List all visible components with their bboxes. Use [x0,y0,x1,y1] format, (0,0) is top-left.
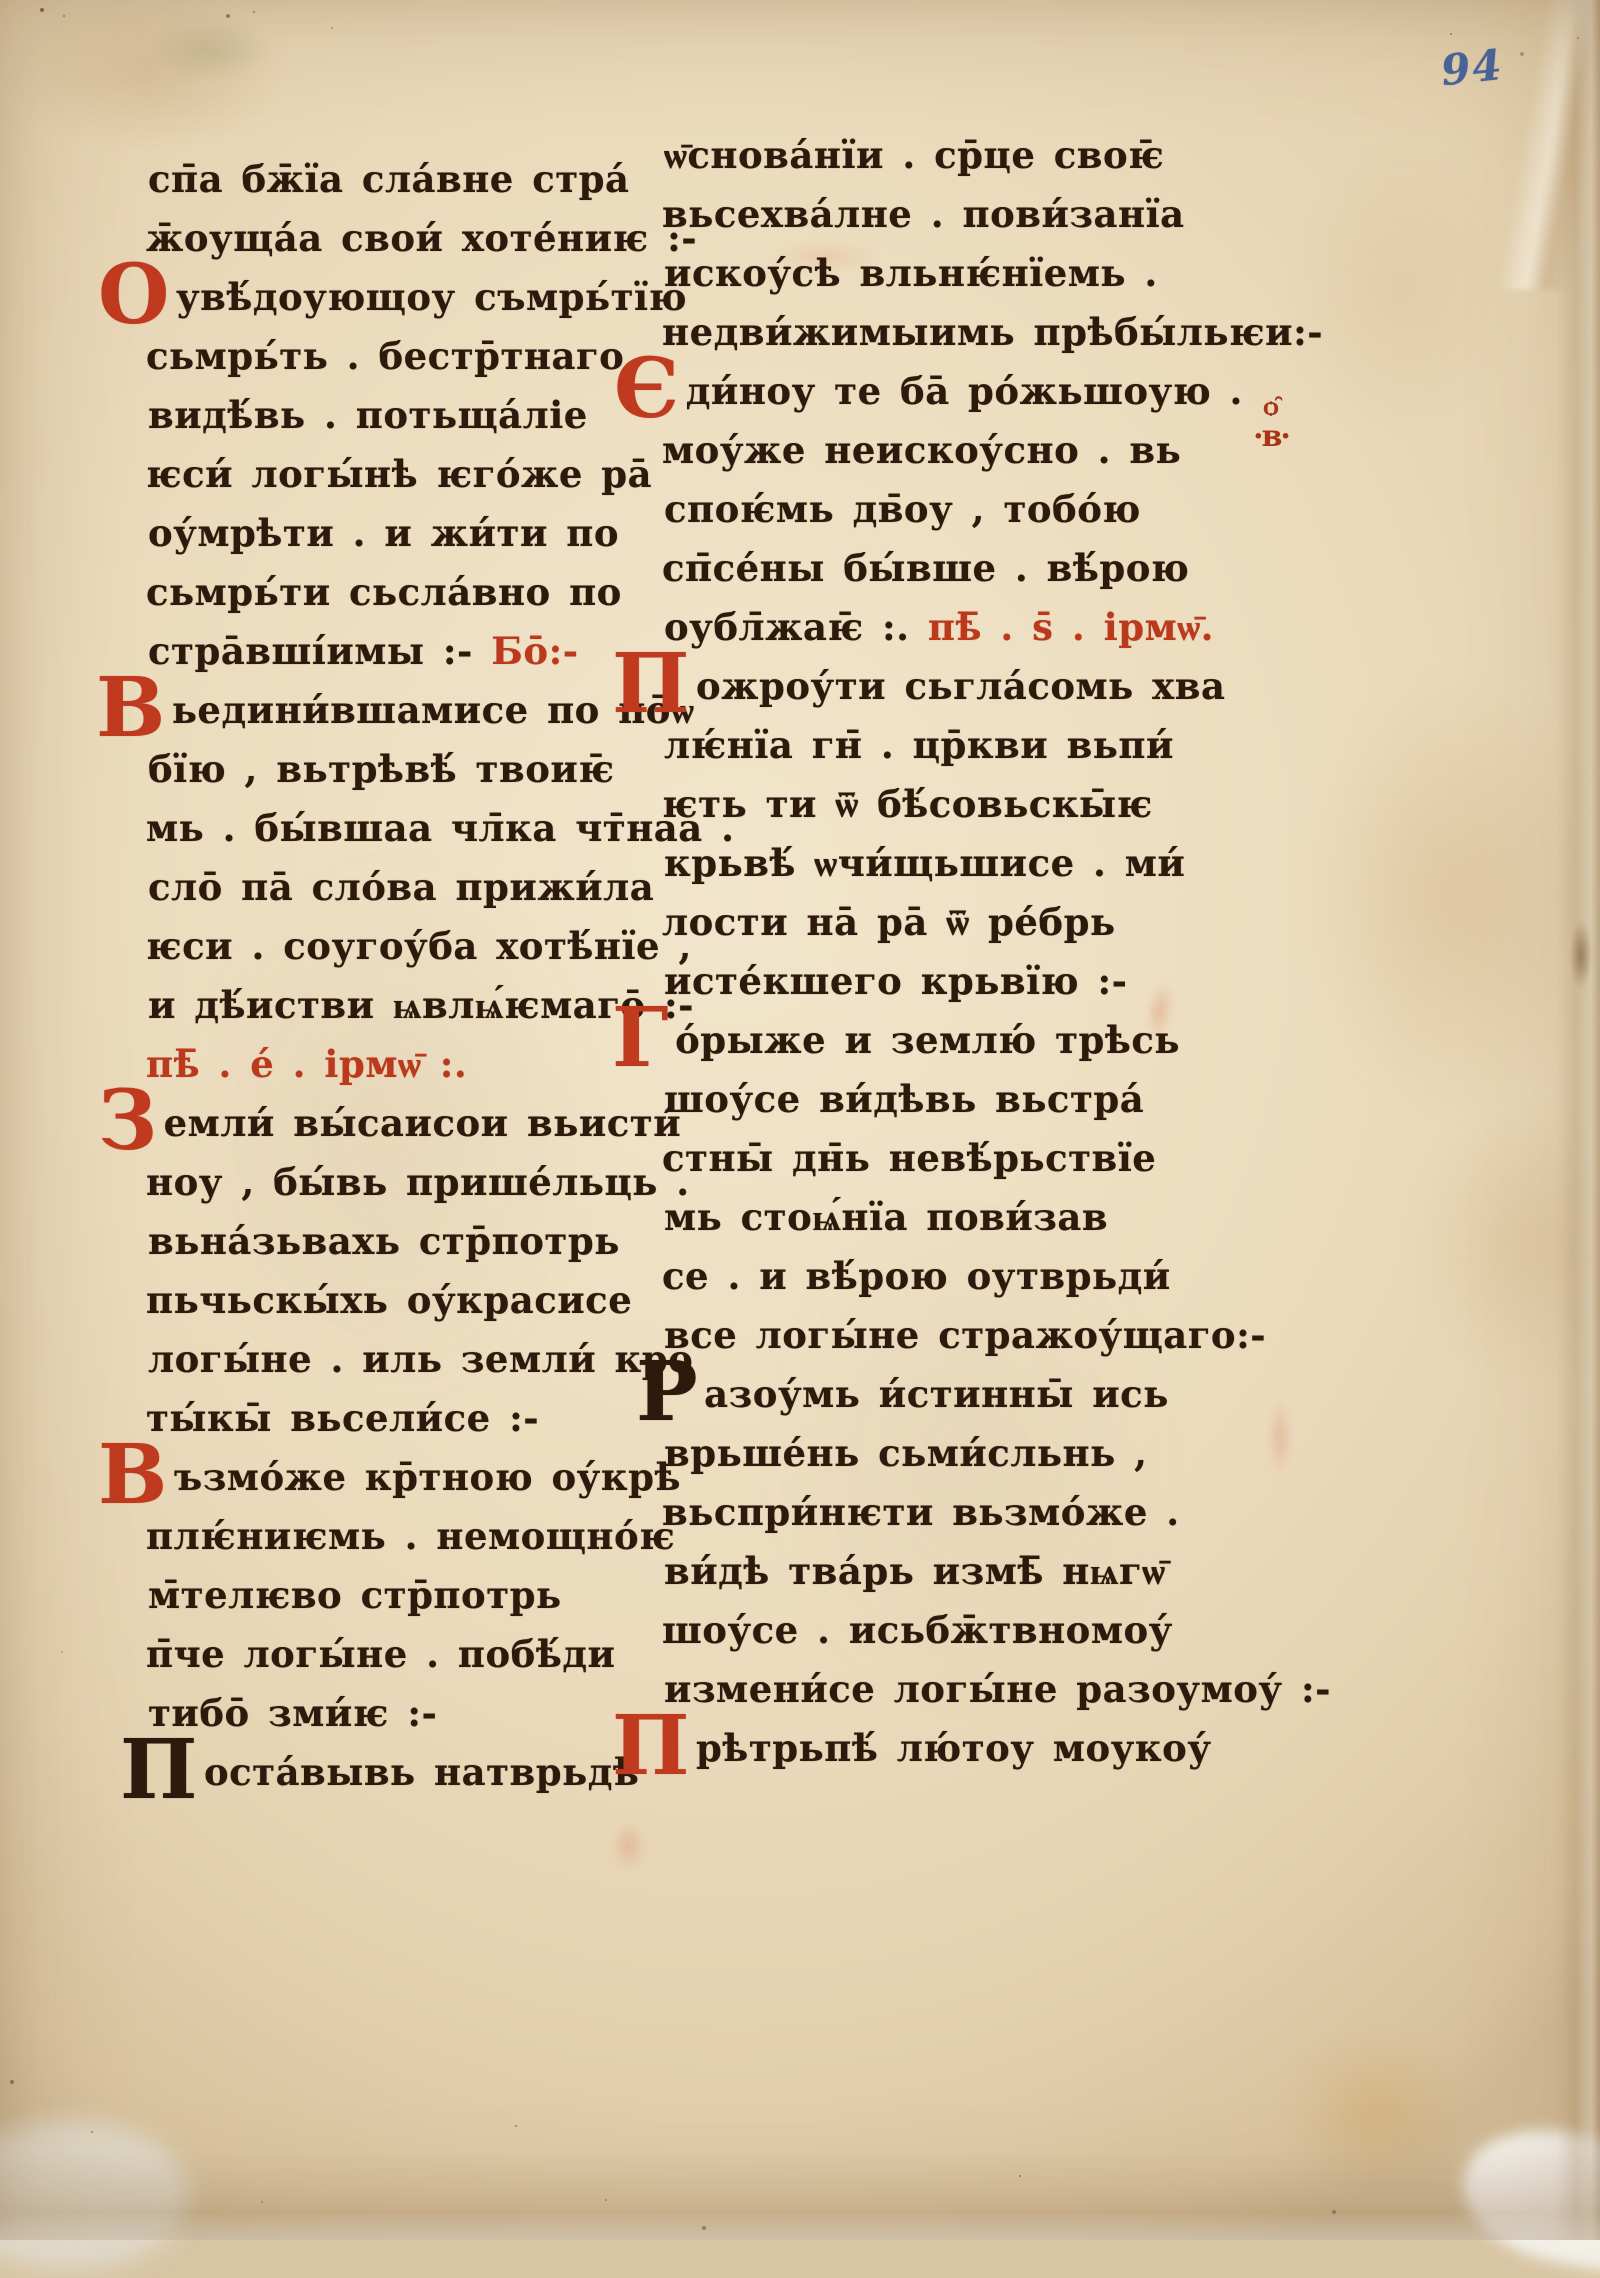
text-line: ѥси́ логы́нѣ ѥго́же ра̄ [146,445,676,504]
text-line: Поста́вывь натврьдѣ̄ [146,1743,676,1802]
body-text: стны̄ дн̄ь невѣ́рьствїе [662,1136,1156,1180]
body-text: п̄че логы́не . побѣ́ди [146,1632,615,1676]
text-line: плѥ́ниѥмь . немощно́ѥ [146,1507,676,1566]
edge-ink-marks [1570,920,1592,990]
text-line: измени́се логы́не разоумоу́ :- [664,1660,1284,1719]
body-text: оубл̄жаѥ̄ :. [664,605,928,649]
text-line: сп̄а бж̄їа сла́вне стра́ [148,150,678,209]
body-text: сьмрь́ти сьсла́вно по [146,570,622,614]
body-text: логы́не . иль земли́ кро [148,1337,693,1381]
body-text: се . и вѣ́рою оутврьди́ [662,1254,1171,1298]
body-text: исте́кшего крьвїю :- [664,959,1128,1003]
body-text: плѥ́ниѥмь . немощно́ѥ [146,1514,675,1558]
text-line: моу́же неискоу́сно . вь [662,421,1282,480]
text-line: все логы́не стражоу́щаго:- [664,1306,1284,1365]
text-line: искоу́сѣ вльнѥ́нїемь . [664,244,1284,303]
text-line: ѥть ти ѿ бѣ́совьскы̄ѥ [662,775,1282,834]
stain-top-left-green [150,20,270,80]
body-text: ты́кы̄ вьсели́се :- [146,1396,539,1440]
text-line: пьчьскы́хь оу́красисе [146,1271,676,1330]
text-line: шоу́се . исьбж̄твномоу́ [662,1601,1282,1660]
text-line: Го́рыже и землю́ трѣсь [662,1011,1282,1070]
body-text: моу́же неискоу́сно . вь [662,428,1181,472]
deckle-edge-bottom-right [1452,2116,1600,2240]
body-text: шоу́се . исьбж̄твномоу́ [662,1608,1173,1652]
text-line: исте́кшего крьвїю :- [664,952,1284,1011]
stain-top-left [6,0,286,150]
body-text: вьсехва́лне . пови́занїа [662,192,1185,236]
body-text: бїю , вьтрѣвѣ́ твоиѥ̄ [148,747,614,791]
text-line: Єди́ноу те ба̄ ро́жьшоую . [664,362,1284,421]
rubric-text: пѣ̄ . е́ . ірмѡ̄ :. [146,1042,467,1086]
red-ink-offset-smudge [612,1822,646,1870]
right-text-column: ѡ̄снова́нїи . ср̄це своѥ̄вьсехва́лне . п… [662,126,1282,1778]
body-text: ожроу́ти сьгла́сомь хва [696,664,1226,708]
body-text: лѥ́нїа гн̄ . цр̄кви вьпи́ [664,723,1174,767]
stain-right-lower [1420,1110,1600,1380]
body-text: ди́ноу те ба̄ ро́жьшоую . [686,369,1243,413]
body-text: сьмрь́ть . бестр̄тнаго [146,334,624,378]
text-line: ѡ̄снова́нїи . ср̄це своѥ̄ [664,126,1284,185]
text-line: врьше́нь сьми́сльнь , [664,1424,1284,1483]
text-line: крьвѣ́ ѡчи́щьшисе . ми́ [664,834,1284,893]
text-line: ж̄оуща́а свои́ хоте́ниѥ :- [146,209,676,268]
body-text: крьвѣ́ ѡчи́щьшисе . ми́ [664,841,1185,885]
body-text: стра̄вші́имы :- [148,629,491,673]
body-text: рѣтрьпѣ́ лю́тоу моукоу́ [696,1726,1212,1770]
body-text: ъзмо́же кр̄тною оу́крѣ [174,1455,681,1499]
text-line: Разоу́мь и́стинны̄ ись [662,1365,1282,1424]
body-text: ж̄оуща́а свои́ хоте́ниѥ :- [146,216,697,260]
body-text: ви́дѣ тва́рь измѣ̄ нѩгѡ̄ [664,1549,1166,1593]
folio-number: 94 [1439,34,1566,116]
text-line: лости на̄ ра̄ ѿ ре́брь [662,893,1282,952]
text-line: стра̄вші́имы :- Бо̄:- [148,622,678,681]
text-line: вьспри́нѥти вьзмо́же . [662,1483,1282,1542]
body-text: лости на̄ ра̄ ѿ ре́брь [662,900,1116,944]
body-text: ѥть ти ѿ бѣ́совьскы̄ѥ [662,782,1153,826]
text-line: споѥ́мь дв̄оу , тобо́ю [664,480,1284,539]
text-line: Възмо́же кр̄тною оу́крѣ [148,1448,678,1507]
body-text: пьчьскы́хь оу́красисе [146,1278,632,1322]
rubric-text: Бо̄:- [491,629,578,673]
text-line: Пожроу́ти сьгла́сомь хва [662,657,1282,716]
body-text: все логы́не стражоу́щаго:- [664,1313,1266,1357]
text-line: ѥси . соугоу́ба хотѣ́нїе , [146,917,676,976]
text-line: сп̄се́ны бы́вше . вѣ́рою [662,539,1282,598]
text-line: оубл̄жаѥ̄ :. пѣ̄ . ѕ̄ . ірмѡ̄. [664,598,1284,657]
text-line: оу́мрѣти . и жи́ти по [148,504,678,563]
body-text: искоу́сѣ вльнѥ́нїемь . [664,251,1158,295]
text-line: Оувѣ́доующоу съмрь́тїю [148,268,678,327]
text-line: ви́дѣ тва́рь измѣ̄ нѩгѡ̄ [664,1542,1284,1601]
body-text: врьше́нь сьми́сльнь , [664,1431,1147,1475]
body-text: увѣ́доующоу съмрь́тїю [176,275,687,319]
body-text: емли́ вы́саисои вьисти́ [164,1101,682,1145]
text-line: бїю , вьтрѣвѣ́ твоиѥ̄ [148,740,678,799]
body-text: мь . бы́вшаа чл̄ка чт̄наа . [146,806,735,850]
body-text: оста́вывь натврьдѣ̄ [204,1750,639,1794]
page-fore-edge [1556,0,1600,2240]
text-line: шоу́се ви́дѣвь вьстра́ [664,1070,1284,1129]
body-text: вьспри́нѥти вьзмо́же . [662,1490,1180,1534]
text-line: вьсехва́лне . пови́занїа [662,185,1282,244]
text-line: сьмрь́ть . бестр̄тнаго [146,327,676,386]
text-line: логы́не . иль земли́ кро [148,1330,678,1389]
text-line: вьна́зьвахь стр̄потрь [148,1212,678,1271]
text-line: и дѣ́истви ѩвлѩ́ѥмаго̄ :- [148,976,678,1035]
text-line: п̄че логы́не . побѣ́ди [146,1625,676,1684]
text-line: мь . бы́вшаа чл̄ка чт̄наа . [146,799,676,858]
text-line: стны̄ дн̄ь невѣ́рьствїе [662,1129,1282,1188]
body-text: вьна́зьвахь стр̄потрь [148,1219,620,1263]
left-text-column: сп̄а бж̄їа сла́вне стра́ж̄оуща́а свои́ х… [146,150,676,1802]
stain-right-middle [1300,680,1600,1110]
body-text: видѣ́вь . потьща́ліе [148,393,588,437]
body-text: о́рыже и землю́ трѣсь [675,1018,1180,1062]
text-line: сьмрь́ти сьсла́вно по [146,563,676,622]
text-line: се . и вѣ́рою оутврьди́ [662,1247,1282,1306]
text-line: недви́жимыимь прѣбы́льѥи:- [662,303,1282,362]
body-text: сп̄а бж̄їа сла́вне стра́ [148,157,630,201]
body-text: измени́се логы́не разоумоу́ :- [664,1667,1331,1711]
body-text: ѡ̄снова́нїи . ср̄це своѥ̄ [664,133,1164,177]
text-line: видѣ́вь . потьща́ліе [148,386,678,445]
body-text: оу́мрѣти . и жи́ти по [148,511,619,555]
text-line: м̄телѥво стр̄потрь [148,1566,678,1625]
text-line: пѣ̄ . е́ . ірмѡ̄ :. [146,1035,676,1094]
paper-specks [0,0,4,4]
text-line: тибо̄ зми́ѥ :- [148,1684,678,1743]
body-text: ноу , бы́вь прише́льць . [146,1160,690,1204]
text-line: Прѣтрьпѣ́ лю́тоу моукоу́ [662,1719,1282,1778]
text-line: ты́кы̄ вьсели́се :- [146,1389,676,1448]
body-text: мь стоѩ́нїа пови́зав [664,1195,1108,1239]
body-text: сп̄се́ны бы́вше . вѣ́рою [662,546,1189,590]
body-text: ѥси . соугоу́ба хотѣ́нїе , [146,924,692,968]
text-line: Земли́ вы́саисои вьисти́ [148,1094,678,1153]
body-text: недви́жимыимь прѣбы́льѥи:- [662,310,1323,354]
manuscript-page: 94 ѻ̑ ·в· сп̄а бж̄їа сла́вне стра́ж̄оуща… [0,0,1600,2240]
text-line: лѥ́нїа гн̄ . цр̄кви вьпи́ [664,716,1284,775]
bottom-edge-shading [0,2150,1600,2240]
body-text: шоу́се ви́дѣвь вьстра́ [664,1077,1144,1121]
stain-bottom-right [1280,2030,1470,2190]
text-line: мь стоѩ́нїа пови́зав [664,1188,1284,1247]
text-line: Вьедини́вшамисе по по̄ѡ [146,681,676,740]
body-text: азоу́мь и́стинны̄ ись [704,1372,1169,1416]
body-text: сло̄ па̄ сло́ва прижи́ла [148,865,654,909]
text-line: ноу , бы́вь прише́льць . [146,1153,676,1212]
rubric-text: пѣ̄ . ѕ̄ . ірмѡ̄. [928,605,1214,649]
text-line: сло̄ па̄ сло́ва прижи́ла [148,858,678,917]
deckle-edge-bottom-left [0,2120,190,2240]
body-text: споѥ́мь дв̄оу , тобо́ю [664,487,1141,531]
body-text: ѥси́ логы́нѣ ѥго́же ра̄ [146,452,652,496]
stain-right-upper [1290,150,1510,430]
body-text: м̄телѥво стр̄потрь [148,1573,562,1617]
